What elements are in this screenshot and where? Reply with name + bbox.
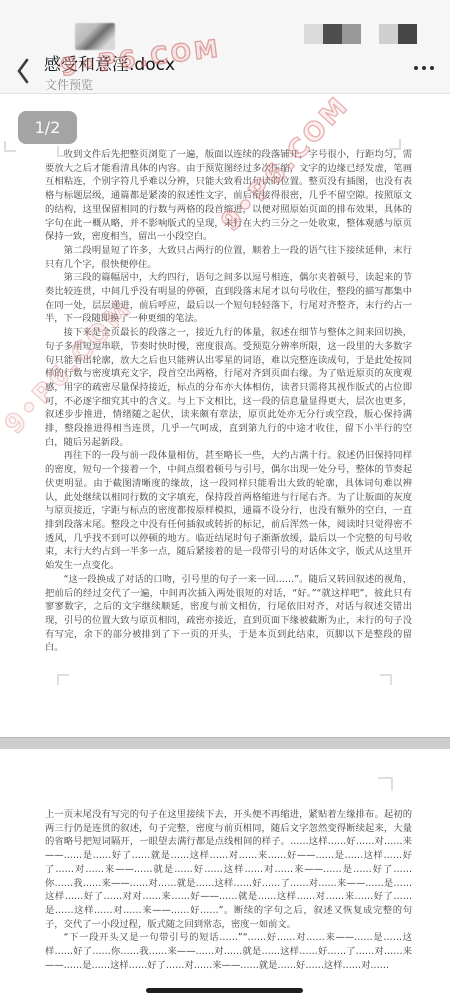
dot-icon bbox=[422, 66, 426, 70]
paragraph: “这一段换成了对话的口吻，引号里的句子一来一回……”。随后又转回叙述的视角，把前… bbox=[45, 573, 412, 655]
paragraph: 第三段的篇幅居中，大约四行，语句之间多以逗号相连，偶尔夹着顿号，读起来的节奏比较… bbox=[45, 271, 412, 326]
corner-mark bbox=[57, 146, 69, 157]
paragraph: “下一段开头又是一句带引号的短话……”“……好……对……来——……是……这样……… bbox=[45, 931, 412, 972]
paragraph: 上一页末尾没有写完的句子在这里接续下去，开头便不再缩进，紧贴着左缘排布。起初的两… bbox=[45, 808, 412, 931]
paragraph: 再往下的一段与前一段体量相仿，甚至略长一些，大约占满十行。叙述仍旧保持同样的密度… bbox=[45, 449, 412, 572]
back-button[interactable] bbox=[15, 57, 35, 85]
screenshot-thumbnail[interactable] bbox=[75, 23, 115, 50]
paragraph: 收到文件后先把整页浏览了一遍，版面以连续的段落铺开，字号很小，行距均匀，需要放大… bbox=[45, 148, 412, 244]
chevron-left-icon bbox=[15, 57, 30, 85]
document-page-2: 上一页末尾没有写完的句子在这里接续下去，开头便不再缩进，紧贴着左缘排布。起初的两… bbox=[45, 808, 412, 972]
dot-icon bbox=[430, 66, 434, 70]
corner-mark bbox=[389, 139, 401, 150]
more-menu-button[interactable] bbox=[414, 66, 434, 70]
statusbar-blocks-right bbox=[379, 24, 417, 44]
corner-mark bbox=[57, 674, 69, 685]
corner-mark bbox=[378, 777, 393, 791]
preview-label: 文件预览 bbox=[45, 76, 93, 93]
dot-icon bbox=[414, 66, 418, 70]
document-page-1: 收到文件后先把整页浏览了一遍，版面以连续的段落铺开，字号很小，行距均匀，需要放大… bbox=[45, 148, 412, 655]
page-indicator-badge: 1/2 bbox=[18, 111, 77, 144]
home-indicator-bar[interactable] bbox=[146, 988, 303, 993]
corner-mark bbox=[380, 674, 392, 685]
header-bar: 感受和意淫.docx 文件预览 bbox=[0, 0, 450, 94]
page-divider bbox=[0, 737, 450, 749]
corner-mark bbox=[4, 141, 16, 152]
paragraph: 接下来是全页最长的段落之一，接近九行的体量，叙述在细节与整体之间来回切换，句子多… bbox=[45, 326, 412, 449]
file-preview-screen: { "header": { "title": "感受和意淫.docx", "su… bbox=[0, 0, 450, 1000]
document-title: 感受和意淫.docx bbox=[44, 50, 344, 75]
statusbar-blocks-left bbox=[304, 24, 361, 44]
paragraph: 第二段明显短了许多，大致只占两行的位置，顺着上一段的语气往下接续延伸，末行只有几… bbox=[45, 244, 412, 271]
